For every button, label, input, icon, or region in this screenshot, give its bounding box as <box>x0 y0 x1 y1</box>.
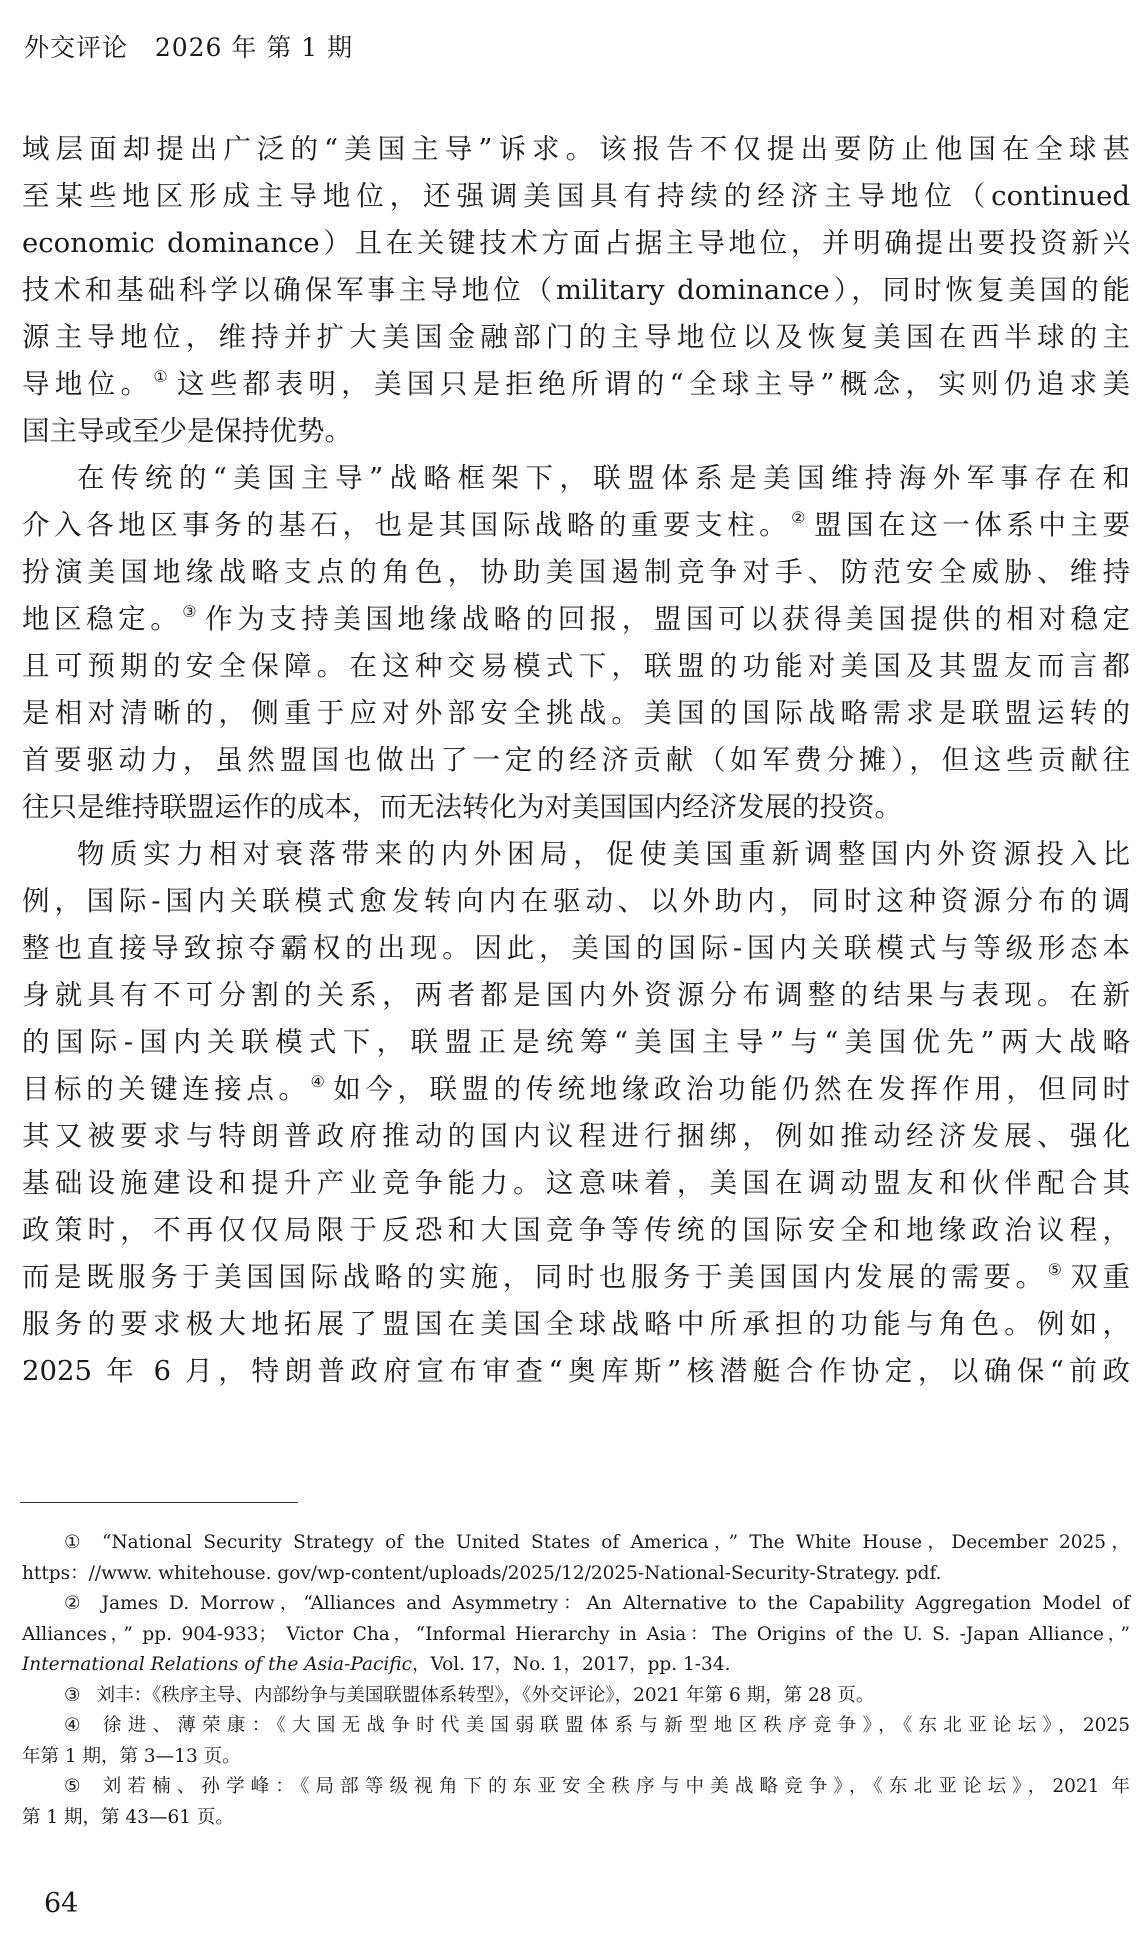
footnote-1: ①“National Security Strategy of the Unit… <box>22 1528 1130 1559</box>
body-text-segment: 而是既服务于美国国际战略的实施，同时也服务于美国国内发展的需要。 <box>22 1261 1048 1293</box>
body-text: 域层面却提出广泛的“美国主导”诉求。该报告不仅提出要防止他国在全球甚 至某些地区… <box>22 126 1130 1395</box>
footnote-text: James D. Morrow，“Alliances and Asymmetry… <box>102 1593 1130 1614</box>
footnote-1-url[interactable]: https：//www. whitehouse. gov/wp-content/… <box>22 1559 1130 1590</box>
body-line: 是相对清晰的，侧重于应对外部安全挑战。美国的国际战略需求是联盟运转的 <box>22 690 1130 737</box>
footnote-5-line: 第 1 期，第 43—61 页。 <box>22 1803 1130 1834</box>
body-text-segment: 地区稳定。 <box>22 603 182 635</box>
body-line: 而是既服务于美国国际战略的实施，同时也服务于美国国内发展的需要。⑤双重 <box>22 1254 1130 1301</box>
footnote-mark: ⑤ <box>64 1776 87 1797</box>
body-line: 政策时，不再仅仅局限于反恐和大国竞争等传统的国际安全和地缘政治议程， <box>22 1207 1130 1254</box>
body-line: 基础设施建设和提升产业竞争能力。这意味着，美国在调动盟友和伙伴配合其 <box>22 1160 1130 1207</box>
footnote-mark: ② <box>64 1593 86 1614</box>
footnote-ref-5[interactable]: ⑤ <box>1048 1260 1067 1279</box>
footnote-separator <box>20 1502 298 1503</box>
footnote-2: ②James D. Morrow，“Alliances and Asymmetr… <box>22 1589 1130 1620</box>
footnote-ref-3[interactable]: ③ <box>182 602 201 621</box>
page-number: 64 <box>44 1888 78 1919</box>
body-line: 首要驱动力，虽然盟国也做出了一定的经济贡献（如军费分摊），但这些贡献往 <box>22 737 1130 784</box>
footnote-ref-1[interactable]: ① <box>153 367 173 386</box>
body-line: 且可预期的安全保障。在这种交易模式下，联盟的功能对美国及其盟友而言都 <box>22 643 1130 690</box>
body-line: 往只是维持联盟运作的成本，而无法转化为对美国国内经济发展的投资。 <box>22 784 1130 831</box>
footnote-mark: ④ <box>64 1715 87 1736</box>
body-line: economic dominance）且在关键技术方面占据主导地位，并明确提出要… <box>22 220 1130 267</box>
footnote-text: 徐进、薄荣康：《大国无战争时代美国弱联盟体系与新型地区秩序竞争》，《东北亚论坛》… <box>103 1715 1130 1736</box>
body-line: 物质实力相对衰落带来的内外困局，促使美国重新调整国内外资源投入比 <box>22 831 1130 878</box>
body-text-segment: 作为支持美国地缘战略的回报，盟国可以获得美国提供的相对稳定 <box>205 603 1130 635</box>
body-text-segment: 盟国在这一体系中主要 <box>814 509 1130 541</box>
body-line: 在传统的“美国主导”战略框架下，联盟体系是美国维持海外军事存在和 <box>22 455 1130 502</box>
running-header: 外交评论 2026 年 第 1 期 <box>24 28 353 64</box>
body-text-segment: 双重 <box>1070 1261 1130 1293</box>
body-text-segment: 介入各地区事务的基石，也是其国际战略的重要支柱。 <box>22 509 791 541</box>
footnote-ref-4[interactable]: ④ <box>310 1072 329 1091</box>
body-line: 地区稳定。③作为支持美国地缘战略的回报，盟国可以获得美国提供的相对稳定 <box>22 596 1130 643</box>
body-text-segment: 目标的关键连接点。 <box>22 1073 310 1105</box>
footnote-3: ③刘丰：《秩序主导、内部纷争与美国联盟体系转型》，《外交评论》，2021 年第 … <box>22 1681 1130 1712</box>
body-line: 目标的关键连接点。④如今，联盟的传统地缘政治功能仍然在发挥作用，但同时 <box>22 1066 1130 1113</box>
footnote-text: 刘若楠、孙学峰：《局部等级视角下的东亚安全秩序与中美战略竞争》，《东北亚论坛》，… <box>103 1776 1130 1797</box>
body-line: 导地位。①这些都表明，美国只是拒绝所谓的“全球主导”概念，实则仍追求美 <box>22 361 1130 408</box>
body-line: 国主导或至少是保持优势。 <box>22 408 1130 455</box>
body-line: 扮演美国地缘战略支点的角色，协助美国遏制竞争对手、防范安全威胁、维持 <box>22 549 1130 596</box>
footnote-text: 刘丰：《秩序主导、内部纷争与美国联盟体系转型》，《外交评论》，2021 年第 6… <box>97 1685 875 1706</box>
body-line: 整也直接导致掠夺霸权的出现。因此，美国的国际-国内关联模式与等级形态本 <box>22 925 1130 972</box>
footnote-5: ⑤刘若楠、孙学峰：《局部等级视角下的东亚安全秩序与中美战略竞争》，《东北亚论坛》… <box>22 1772 1130 1803</box>
footnote-ref-2[interactable]: ② <box>791 508 810 527</box>
body-text-segment: 导地位。 <box>22 368 153 400</box>
body-line: 介入各地区事务的基石，也是其国际战略的重要支柱。②盟国在这一体系中主要 <box>22 502 1130 549</box>
footnote-4-line: 年第 1 期，第 3—13 页。 <box>22 1742 1130 1773</box>
footnotes: ①“National Security Strategy of the Unit… <box>22 1528 1130 1833</box>
footnote-2-line: Alliances，” pp. 904-933； Victor Cha，“Inf… <box>22 1620 1130 1651</box>
journal-title: International Relations of the Asia-Paci… <box>22 1654 412 1675</box>
body-line: 服务的要求极大地拓展了盟国在美国全球战略中所承担的功能与角色。例如， <box>22 1301 1130 1348</box>
footnote-2-line: International Relations of the Asia-Paci… <box>22 1650 1130 1681</box>
body-line: 例，国际-国内关联模式愈发转向内在驱动、以外助内，同时这种资源分布的调 <box>22 878 1130 925</box>
footnote-text: ，Vol. 17，No. 1，2017，pp. 1-34. <box>412 1654 731 1675</box>
body-line: 技术和基础科学以确保军事主导地位（military dominance），同时恢… <box>22 267 1130 314</box>
body-line: 至某些地区形成主导地位，还强调美国具有持续的经济主导地位（continued <box>22 173 1130 220</box>
footnote-mark: ③ <box>64 1685 81 1706</box>
body-text-segment: 这些都表明，美国只是拒绝所谓的“全球主导”概念，实则仍追求美 <box>177 368 1130 400</box>
body-line: 其又被要求与特朗普政府推动的国内议程进行捆绑，例如推动经济发展、强化 <box>22 1113 1130 1160</box>
body-line: 的国际-国内关联模式下，联盟正是统筹“美国主导”与“美国优先”两大战略 <box>22 1019 1130 1066</box>
footnote-text: “National Security Strategy of the Unite… <box>102 1532 1130 1553</box>
body-line: 域层面却提出广泛的“美国主导”诉求。该报告不仅提出要防止他国在全球甚 <box>22 126 1130 173</box>
body-text-segment: 如今，联盟的传统地缘政治功能仍然在发挥作用，但同时 <box>333 1073 1130 1105</box>
body-line: 源主导地位，维持并扩大美国金融部门的主导地位以及恢复美国在西半球的主 <box>22 314 1130 361</box>
body-line: 2025 年 6 月，特朗普政府宣布审查“奥库斯”核潜艇合作协定，以确保“前政 <box>22 1348 1130 1395</box>
body-line: 身就具有不可分割的关系，两者都是国内外资源分布调整的结果与表现。在新 <box>22 972 1130 1019</box>
footnote-mark: ① <box>64 1532 86 1553</box>
footnote-4: ④徐进、薄荣康：《大国无战争时代美国弱联盟体系与新型地区秩序竞争》，《东北亚论坛… <box>22 1711 1130 1742</box>
